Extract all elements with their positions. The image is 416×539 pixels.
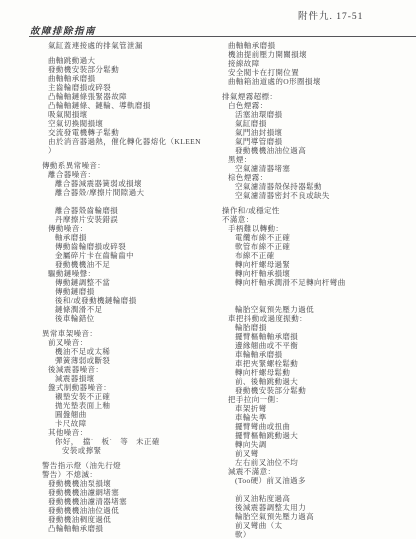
list-item: 發動機機油不足: [42, 260, 220, 269]
list-item: 軸承磨損: [42, 233, 220, 242]
text-block: 排氣煙霧超標：白色煙霧：活塞油環磨損氣缸磨損氣門油封損壞氣門導管磨損發動機機油油…: [222, 92, 414, 200]
list-item: 轉向杆軸承損壞: [222, 269, 414, 278]
section-heading: 警告指示燈（油先行燈: [42, 461, 220, 470]
list-item: 機油不足或太稀: [42, 347, 220, 356]
list-item: 擺臂樞軸軸承磨損: [222, 332, 414, 341]
list-item: 丹摩擦片安裝錯誤: [42, 215, 220, 224]
list-item: 吸氣閥損壞: [42, 110, 220, 119]
document-page: 附件九. 17-51 故障排除指南 氣缸蓋連接處的排氣管泄漏曲軸跳動過大發動機安…: [0, 0, 416, 539]
text-block: 異常車架噪音：前叉噪音：機油不足或太稀彈簧薄弱或斷裂後減震器噪音：減震器損壞盤式…: [42, 329, 220, 455]
list-item: 金屬碎片卡在齒輪齒中: [42, 251, 220, 260]
list-item: 擺臂彎曲或扭曲: [222, 422, 414, 431]
list-item: 鏈條潤滑不足: [42, 305, 220, 314]
list-item: 傳動齒輪磨損或碎裂: [42, 242, 220, 251]
list-item: 發動機機油濾網堵塞: [42, 488, 220, 497]
list-item: 襯墊安裝不正確: [42, 392, 220, 401]
list-item: 傳動鏈磨損: [42, 287, 220, 296]
section-heading: 排氣煙霧超標：: [222, 92, 414, 101]
list-item: 活塞油環磨損: [222, 110, 414, 119]
list-item: 軟管布線不正確: [222, 242, 414, 251]
list-item: 氣缸磨損: [222, 119, 414, 128]
list-item: 前叉彎: [222, 449, 414, 458]
list-item: 發動機機油油位過低: [42, 506, 220, 515]
list-item: 你好， 擋˙ 板˙ 等 未正確: [42, 437, 220, 446]
text-block: 氣缸蓋連接處的排氣管泄漏: [42, 41, 220, 50]
list-item: 發動機機油泵損壞: [42, 479, 220, 488]
list-item: 空氣切換閥損壞: [42, 119, 220, 128]
list-item: 交流發電機轉子鬆動: [42, 128, 220, 137]
list-item: 傳動鏈調整不當: [42, 278, 220, 287]
list-item: 車把抖動或過度振動：: [222, 314, 414, 323]
list-item: 發動機安裝部分鬆動: [222, 386, 414, 395]
list-item: 發動機機油油位過高: [222, 146, 414, 155]
list-item: 轉向杆螺母過緊: [222, 260, 414, 269]
list-item: 空氣濾清器殼保持器鬆動: [222, 182, 414, 191]
list-item: 曲軸跳動過大: [42, 56, 220, 65]
list-item: 輪胎磨損: [222, 323, 414, 332]
list-item: 離合器減震器簧弱或損壞: [42, 179, 220, 188]
list-item: 圓盤翹曲: [42, 410, 220, 419]
text-block: 曲軸跳動過大發動機安裝部分鬆動曲軸軸承磨損主齒輪磨損或碎裂凸輪軸鏈條張緊器故障凸…: [42, 56, 220, 155]
list-item: 氣門油封損壞: [222, 128, 414, 137]
list-item: 前叉彎曲（太: [222, 521, 414, 530]
list-item: ）: [42, 146, 220, 155]
list-item: 車輪軸承磨損: [222, 350, 414, 359]
list-item: 電纜布線不正確: [222, 233, 414, 242]
list-item: 白色煙霧：: [222, 101, 414, 110]
text-block: 傳動系異常噪音：離合器噪音：離合器減震器簧弱或損壞離合器殼/摩擦片間隙過大 離合…: [42, 161, 220, 323]
list-item: 車把夾緊螺栓鬆動: [222, 359, 414, 368]
list-item: 軟）: [222, 530, 414, 539]
list-item: 盤式制動器噪音：: [42, 383, 220, 392]
list-item: 離合器噪音：: [42, 170, 220, 179]
list-item: 發動機安裝部分鬆動: [42, 65, 220, 74]
list-item: 凸輪軸軸承磨損: [42, 524, 220, 533]
title-divider: [29, 36, 416, 37]
list-item: 後減震器噪音：: [42, 365, 220, 374]
list-item: 曲軸箱油道處的O形圈損壞: [222, 77, 414, 86]
list-item: 傳動噪音：: [42, 224, 220, 233]
section-heading: 操作和/或穩定性: [222, 206, 414, 215]
list-item: 黑煙：: [222, 155, 414, 164]
list-item: 卡尺故障: [42, 419, 220, 428]
list-item: 拋光墊表面上釉: [42, 401, 220, 410]
list-item: 氣缸蓋連接處的排氣管泄漏: [42, 41, 220, 50]
list-item: 氣門導管磨損: [222, 137, 414, 146]
list-item: 擺臂樞軸跳動過大: [222, 431, 414, 440]
list-item: 機油提前壓力開關損壞: [222, 50, 414, 59]
list-item: 發動機機油濾清器堵塞: [42, 497, 220, 506]
list-item: 曲軸軸承磨損: [42, 74, 220, 83]
section-heading: 異常車架噪音：: [42, 329, 220, 338]
list-item: 前、後軸跳動過大: [222, 377, 414, 386]
list-item: 發動機油稠度過低: [42, 515, 220, 524]
right-column: 曲軸軸承磨損機油提前壓力開關損壞接線故障安全閥卡在打開位置曲軸箱油道處的O形圈損…: [222, 41, 414, 539]
list-item: 後和/或發動機鏈輪磨損: [42, 296, 220, 305]
list-item: 邊緣翹曲或不平衡: [222, 341, 414, 350]
list-item: 手柄難以轉動：: [222, 224, 414, 233]
list-item: 由於消音器過熱，催化轉化器熔化（KLEEN: [42, 137, 220, 146]
list-item: 其他噪音：: [42, 428, 220, 437]
page-title: 故障排除指南: [30, 23, 96, 37]
left-column: 氣缸蓋連接處的排氣管泄漏曲軸跳動過大發動機安裝部分鬆動曲軸軸承磨損主齒輪磨損或碎…: [42, 41, 220, 533]
list-item: 接線故障: [222, 59, 414, 68]
list-item: 轉向失調: [222, 440, 414, 449]
list-item: 輪胎空氣預先壓力過低: [222, 305, 414, 314]
list-item: 驅動鏈噪聲：: [42, 269, 220, 278]
list-item: 減震器損壞: [42, 374, 220, 383]
list-item: 後減震器調整太用力: [222, 503, 414, 512]
list-item: 布線不正確: [222, 251, 414, 260]
list-item: 輪胎空氣預先壓力過高: [222, 512, 414, 521]
list-item: 主齒輪磨損或碎裂: [42, 83, 220, 92]
text-block: 警告指示燈（油先行燈警告）不熄滅：發動機機油泵損壞發動機機油濾網堵塞發動機機油濾…: [42, 461, 220, 533]
list-item: 後車輪錯位: [42, 314, 220, 323]
list-item: 把手拉向一側：: [222, 395, 414, 404]
list-item: 左右前叉油位不均: [222, 458, 414, 467]
list-item: 凸輪軸鏈條、鏈輪、導軌磨損: [42, 101, 220, 110]
list-item: 減震不滿意：: [222, 467, 414, 476]
list-item: 曲軸軸承磨損: [222, 41, 414, 50]
list-item: 車架折彎: [222, 404, 414, 413]
list-item: 轉向杆軸承潤滑不足轉向杆彎曲: [222, 278, 414, 287]
section-heading: 不滿意：: [222, 215, 414, 224]
text-block: 曲軸軸承磨損機油提前壓力開關損壞接線故障安全閥卡在打開位置曲軸箱油道處的O形圈損…: [222, 41, 414, 86]
list-item: 空氣濾清器密封不良或缺失: [222, 191, 414, 200]
text-block: 操作和/或穩定性不滿意：手柄難以轉動：電纜布線不正確軟管布線不正確布線不正確轉向…: [222, 206, 414, 539]
section-heading: 傳動系異常噪音：: [42, 161, 220, 170]
list-item: 前叉油粘度過高: [222, 494, 414, 503]
list-item: 車輪失準: [222, 413, 414, 422]
list-item: 棕色煙霧：: [222, 173, 414, 182]
list-item: 凸輪軸鏈條張緊器故障: [42, 92, 220, 101]
list-item: 離合器殼齒輪磨損: [42, 206, 220, 215]
page-reference: 附件九. 17-51: [298, 8, 363, 22]
section-heading: 警告）不熄滅：: [42, 470, 220, 479]
list-item: 前叉噪音：: [42, 338, 220, 347]
list-item: 離合器殼/摩擦片間隙過大: [42, 188, 220, 197]
list-item: 空氣濾清器堵塞: [222, 164, 414, 173]
list-item: 安裝或擰緊: [42, 446, 220, 455]
list-item: 彈簧薄弱或斷裂: [42, 356, 220, 365]
list-item: 安全閥卡在打開位置: [222, 68, 414, 77]
list-item: (Too硬）前叉油過多: [222, 476, 414, 485]
list-item: 轉向杆螺母鬆動: [222, 368, 414, 377]
